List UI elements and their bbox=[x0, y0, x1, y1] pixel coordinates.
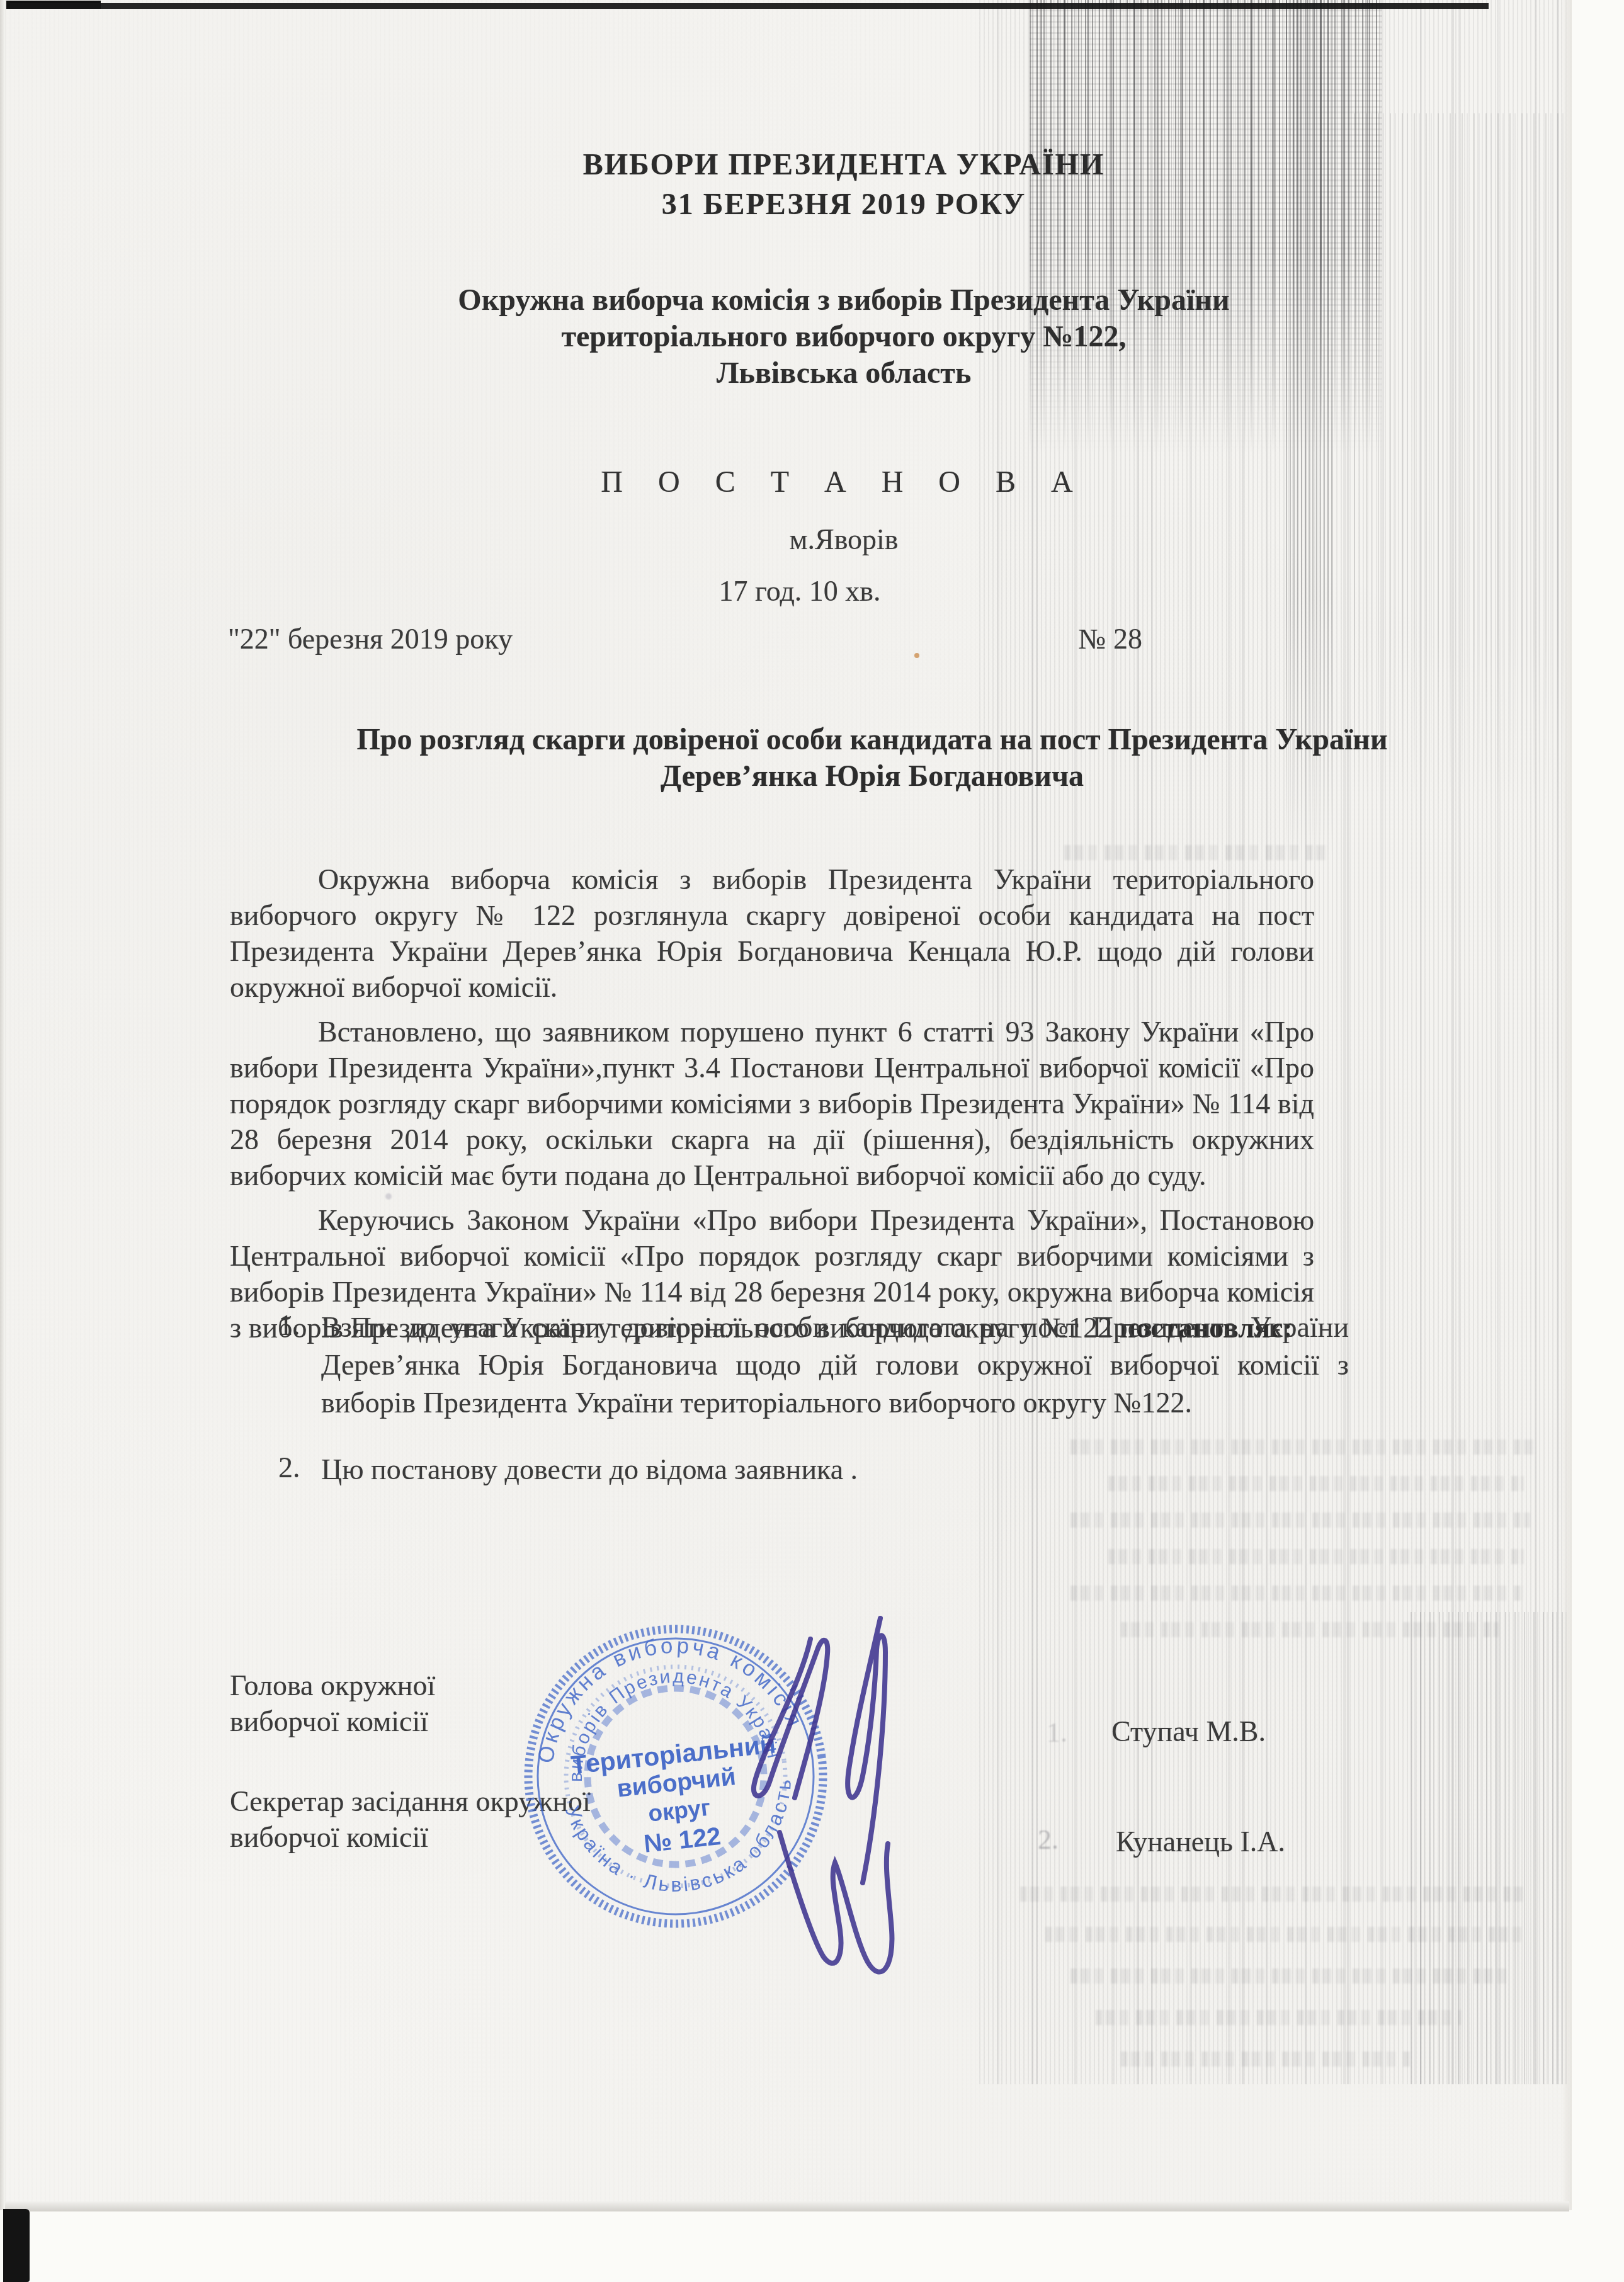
bleed-through-number: 2. bbox=[1038, 1824, 1059, 1856]
list-item-number: 1. bbox=[278, 1308, 321, 1422]
bleed-through-line bbox=[1070, 1586, 1524, 1601]
act-time: 17 год. 10 хв. bbox=[120, 574, 1480, 608]
head-role: Голова окружної виборчої комісії bbox=[230, 1667, 435, 1739]
commission-name-line2: територіального виборчого округу №122, bbox=[164, 319, 1524, 355]
document-title-line2: 31 БЕРЕЗНЯ 2019 РОКУ bbox=[164, 187, 1524, 222]
stamp-center-line3: округ bbox=[647, 1795, 712, 1827]
bleed-through-line bbox=[1121, 1622, 1499, 1637]
subject-line2: Дерев’янка Юрія Богдановича bbox=[189, 758, 1555, 795]
stamp-center-line4: № 122 bbox=[642, 1822, 722, 1858]
list-item-number: 2. bbox=[278, 1451, 321, 1489]
commission-name-line1: Окружна виборча комісія з виборів Презид… bbox=[164, 282, 1524, 319]
bleed-through-line bbox=[1020, 1887, 1524, 1902]
list-item-text: Взяти до уваги скаргу довіреної особи ка… bbox=[321, 1308, 1349, 1422]
scanned-document-page: { "document": { "header": { "title_line1… bbox=[0, 0, 1624, 2282]
document-title-line1: ВИБОРИ ПРЕЗИДЕНТА УКРАЇНИ bbox=[164, 147, 1524, 182]
subject-line1: Про розгляд скарги довіреної особи канди… bbox=[189, 722, 1555, 758]
subject-block: Про розгляд скарги довіреної особи канди… bbox=[189, 722, 1555, 795]
resolution-list: 1. Взяти до уваги скаргу довіреної особи… bbox=[278, 1308, 1349, 1489]
scan-artifact-bottom-left bbox=[3, 2209, 30, 2282]
bleed-through-line bbox=[1096, 2010, 1461, 2025]
head-name: Ступач М.В. bbox=[1111, 1715, 1266, 1748]
act-city: м.Яворів bbox=[164, 523, 1524, 556]
body-text: Окружна виборча комісія з виборів Презид… bbox=[230, 861, 1314, 1346]
signature-strokes bbox=[712, 1609, 945, 1999]
paper-left-edge bbox=[0, 0, 6, 2210]
commission-name-block: Окружна виборча комісія з виборів Презид… bbox=[164, 282, 1524, 392]
bleed-through-line bbox=[1045, 1927, 1524, 1942]
commission-name-line3: Львівська область bbox=[164, 355, 1524, 392]
list-item: 2. Цю постанову довести до відома заявни… bbox=[278, 1451, 1349, 1489]
act-number: № 28 bbox=[1079, 622, 1142, 656]
bleed-through-line bbox=[1070, 1513, 1530, 1528]
date-number-row: "22" березня 2019 року № 28 bbox=[228, 622, 1142, 656]
head-role-line2: виборчої комісії bbox=[230, 1703, 435, 1739]
signature-ink bbox=[712, 1609, 945, 1999]
bleed-through-line bbox=[1108, 1549, 1524, 1564]
bleed-through-line bbox=[1064, 845, 1329, 860]
paragraph-2: Встановлено, що заявником порушено пункт… bbox=[230, 1014, 1314, 1193]
bleed-through-number: 1. bbox=[1047, 1717, 1067, 1749]
act-date: "22" березня 2019 року bbox=[228, 622, 513, 656]
scan-edge-artifact-top bbox=[10, 3, 1489, 9]
bleed-through-line bbox=[1121, 2052, 1411, 2067]
bleed-through-line bbox=[1070, 1968, 1511, 1984]
paragraph-1: Окружна виборча комісія з виборів Презид… bbox=[230, 861, 1314, 1005]
list-item-text: Цю постанову довести до відома заявника … bbox=[321, 1451, 1349, 1489]
paper-right-edge bbox=[1562, 0, 1572, 2210]
secretary-name: Кунанець І.А. bbox=[1116, 1825, 1285, 1858]
act-title: П О С Т А Н О В А bbox=[164, 465, 1524, 499]
list-item: 1. Взяти до уваги скаргу довіреної особи… bbox=[278, 1308, 1349, 1422]
head-role-line1: Голова окружної bbox=[230, 1667, 435, 1703]
paper-bottom-edge bbox=[5, 2201, 1569, 2211]
